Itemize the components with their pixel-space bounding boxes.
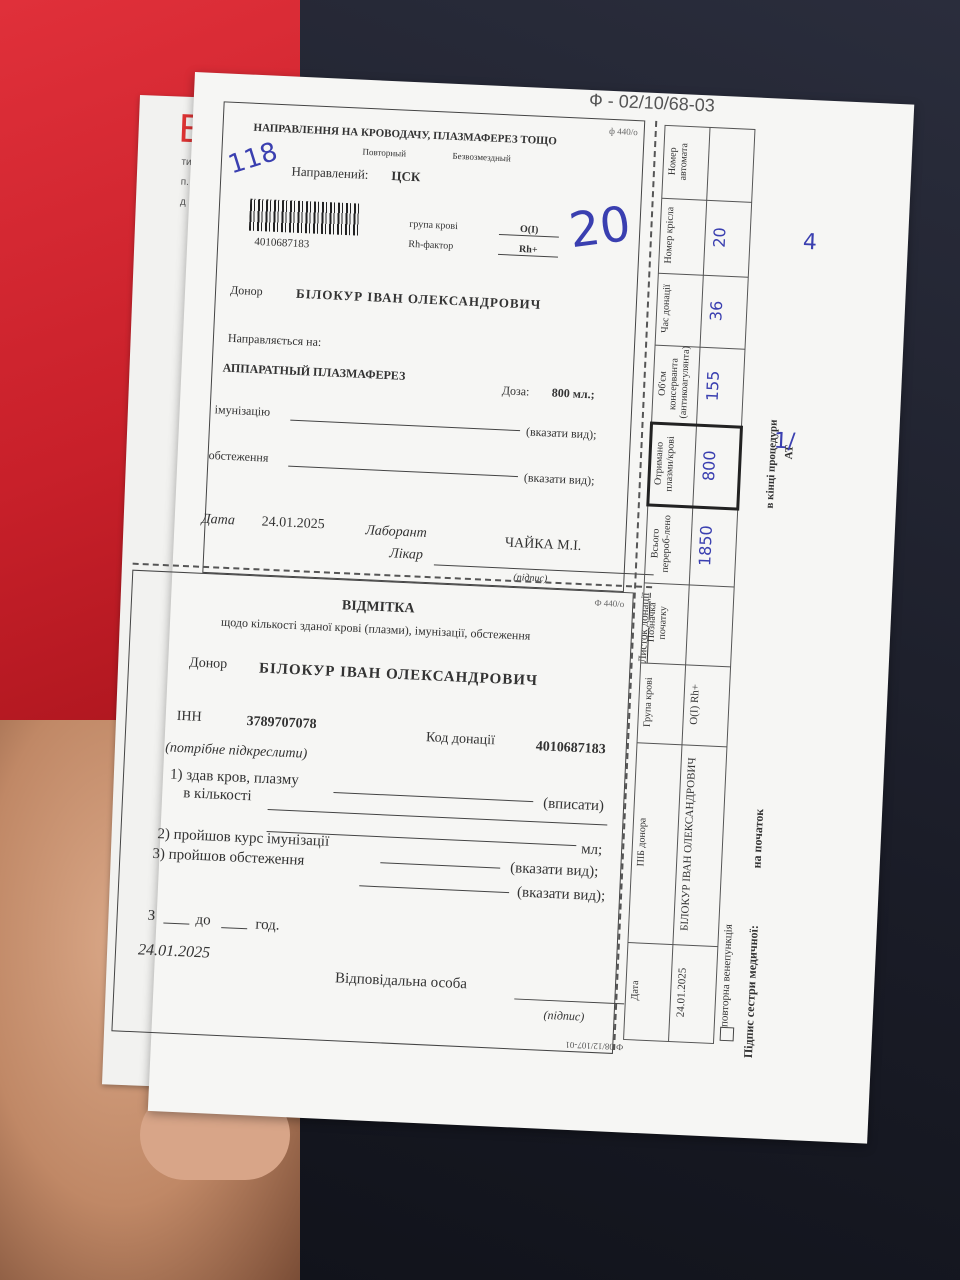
responsible-signature-field[interactable] — [514, 998, 624, 1004]
time-from: З — [147, 908, 155, 925]
column-value: 36 — [705, 279, 727, 342]
column-value: 1850 — [695, 511, 717, 580]
referral-form-code: ф 440/о — [609, 126, 638, 137]
donation-form-sheet: Ф - 02/10/68-03 ф 440/о НАПРАВЛЕННЯ НА К… — [148, 72, 914, 1144]
blood-group-value: O(I) — [499, 223, 559, 238]
item2-hint: (вказати вид); — [510, 860, 599, 881]
column-header: Позначка початку — [645, 587, 670, 658]
immunization-field[interactable] — [290, 420, 520, 431]
time-to-field[interactable] — [221, 927, 247, 929]
mark-form-code: Ф 440/о — [594, 598, 624, 609]
procedure: АППАРАТНЫЙ ПЛАЗМАФЕРЕЗ — [222, 361, 405, 384]
rh-value: Rh+ — [498, 243, 558, 258]
exam-hint: (вказати вид); — [524, 470, 595, 488]
date-label: Дата — [201, 512, 235, 529]
exam-label: обстеження — [208, 448, 268, 466]
time-to: до — [195, 912, 211, 930]
directed-value: ЦСК — [391, 168, 421, 185]
directed-label: Направлений: — [291, 163, 369, 182]
column-value: 155 — [702, 351, 724, 420]
form-number: Ф - 02/10/68-03 — [589, 90, 716, 117]
donation-code-value: 4010687183 — [535, 739, 606, 758]
lab-value: ЧАЙКА М.І. — [505, 536, 582, 555]
sent-to-label: Направляється на: — [228, 331, 322, 350]
item1-unit: мл; — [581, 841, 603, 859]
back-fragment: п. — [180, 177, 189, 188]
inn-label: ІНН — [176, 709, 202, 726]
mark-donor-name: БІЛОКУР ІВАН ОЛЕКСАНДРОВИЧ — [259, 661, 539, 691]
column-value: 20 — [709, 205, 731, 271]
item2-field[interactable] — [380, 862, 500, 868]
column-value: 800 — [698, 429, 720, 502]
nurse-signature-label: Підпис сестри медичної: — [741, 925, 762, 1059]
column-header: Об'єм консерванта (антикоагулянта) — [656, 349, 692, 418]
exam-field[interactable] — [288, 466, 518, 477]
barcode-number: 4010687183 — [254, 236, 309, 250]
option-repeat: Повторный — [362, 147, 406, 159]
donation-sheet: Листок донації Ф 08/12/107-01 Дата24.01.… — [621, 123, 758, 1061]
item3-hint: (вказати вид); — [517, 884, 606, 905]
inn-value: 3789707078 — [246, 714, 317, 733]
item3: 3) пройшов обстеження — [152, 846, 305, 870]
time-unit: год. — [255, 917, 280, 935]
handwritten-bp: 1/ — [773, 429, 796, 455]
referral-title: НАПРАВЛЕННЯ НА КРОВОДАЧУ, ПЛАЗМАФЕРЕЗ ТО… — [253, 122, 557, 148]
item3-field[interactable] — [359, 885, 509, 893]
handwritten-side-number: 20 — [566, 196, 634, 259]
donor-label: Донор — [230, 283, 263, 299]
responsible-label: Відповідальна особа — [335, 970, 468, 993]
underline-hint: (потрібне підкреслити) — [165, 740, 308, 762]
dose-value: 800 мл.; — [551, 386, 595, 403]
handwritten-end-initial: 4 — [802, 230, 817, 256]
back-fragment: д — [180, 197, 186, 208]
item1b: в кількості — [183, 785, 252, 805]
column-header: Всього перероб-лено — [649, 509, 674, 578]
column-header: Номер автомата — [666, 130, 691, 194]
mark-donor-label: Донор — [189, 655, 228, 673]
column-header: Отримано плазми/крові — [652, 427, 677, 500]
item1-hint: (вписати) — [543, 796, 605, 816]
doctor-label: Лікар — [389, 546, 423, 564]
mark-date: 24.01.2025 — [138, 941, 211, 962]
handwritten-number: 118 — [225, 137, 281, 180]
blood-group-label: група крові — [409, 219, 458, 232]
rh-label: Rh-фактор — [408, 239, 453, 252]
mark-card: Ф 440/о ВІДМІТКА щодо кількості зданої к… — [111, 570, 633, 1054]
repeat-venipuncture-checkbox[interactable] — [720, 1027, 735, 1042]
donation-code-label: Код донації — [426, 730, 496, 749]
immunization-label: імунізацію — [214, 402, 270, 420]
donor-name: БІЛОКУР ІВАН ОЛЕКСАНДРОВИЧ — [296, 286, 542, 313]
mark-subtitle: щодо кількості зданої крові (плазми), ім… — [221, 615, 531, 644]
referral-card: ф 440/о НАПРАВЛЕННЯ НА КРОВОДАЧУ, ПЛАЗМА… — [202, 101, 645, 592]
date-value: 24.01.2025 — [261, 514, 325, 533]
item1-field[interactable] — [333, 792, 533, 802]
barcode — [249, 199, 360, 236]
option-free: Безвозмездный — [452, 151, 511, 164]
immunization-hint: (вказати вид); — [526, 424, 597, 442]
time-from-field[interactable] — [163, 922, 189, 924]
mark-title: ВІДМІТКА — [342, 598, 415, 617]
at-start-label: на початок — [749, 808, 767, 868]
dose-label: Доза: — [502, 383, 530, 399]
mark-signature-hint: (підпис) — [543, 1008, 584, 1025]
lab-label: Лаборант — [365, 523, 427, 542]
